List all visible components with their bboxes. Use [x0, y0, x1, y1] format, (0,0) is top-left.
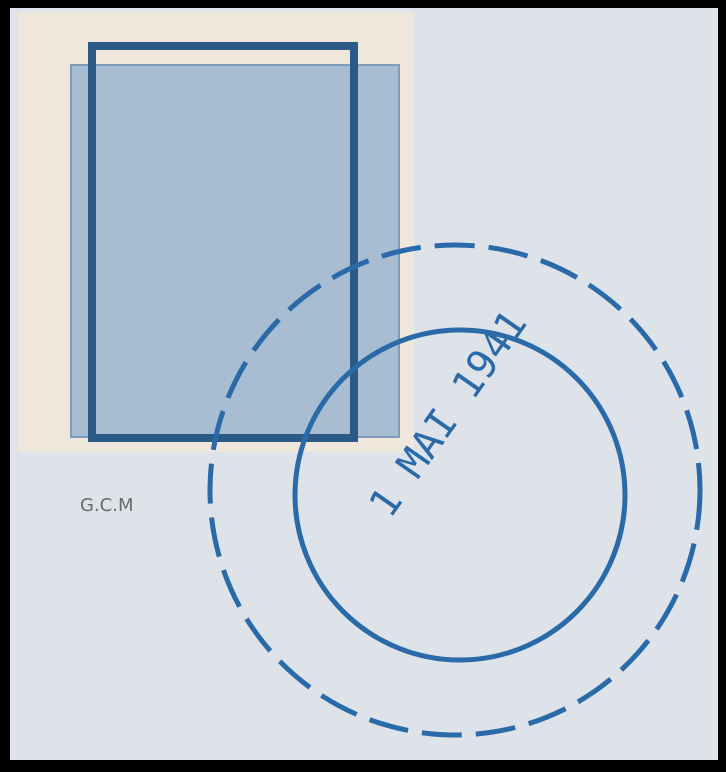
svg-text:1 MAI 1941: 1 MAI 1941	[361, 302, 537, 526]
postmark: 1 MAI 1941	[0, 0, 726, 772]
pencil-mark: G.C.M	[80, 495, 134, 516]
